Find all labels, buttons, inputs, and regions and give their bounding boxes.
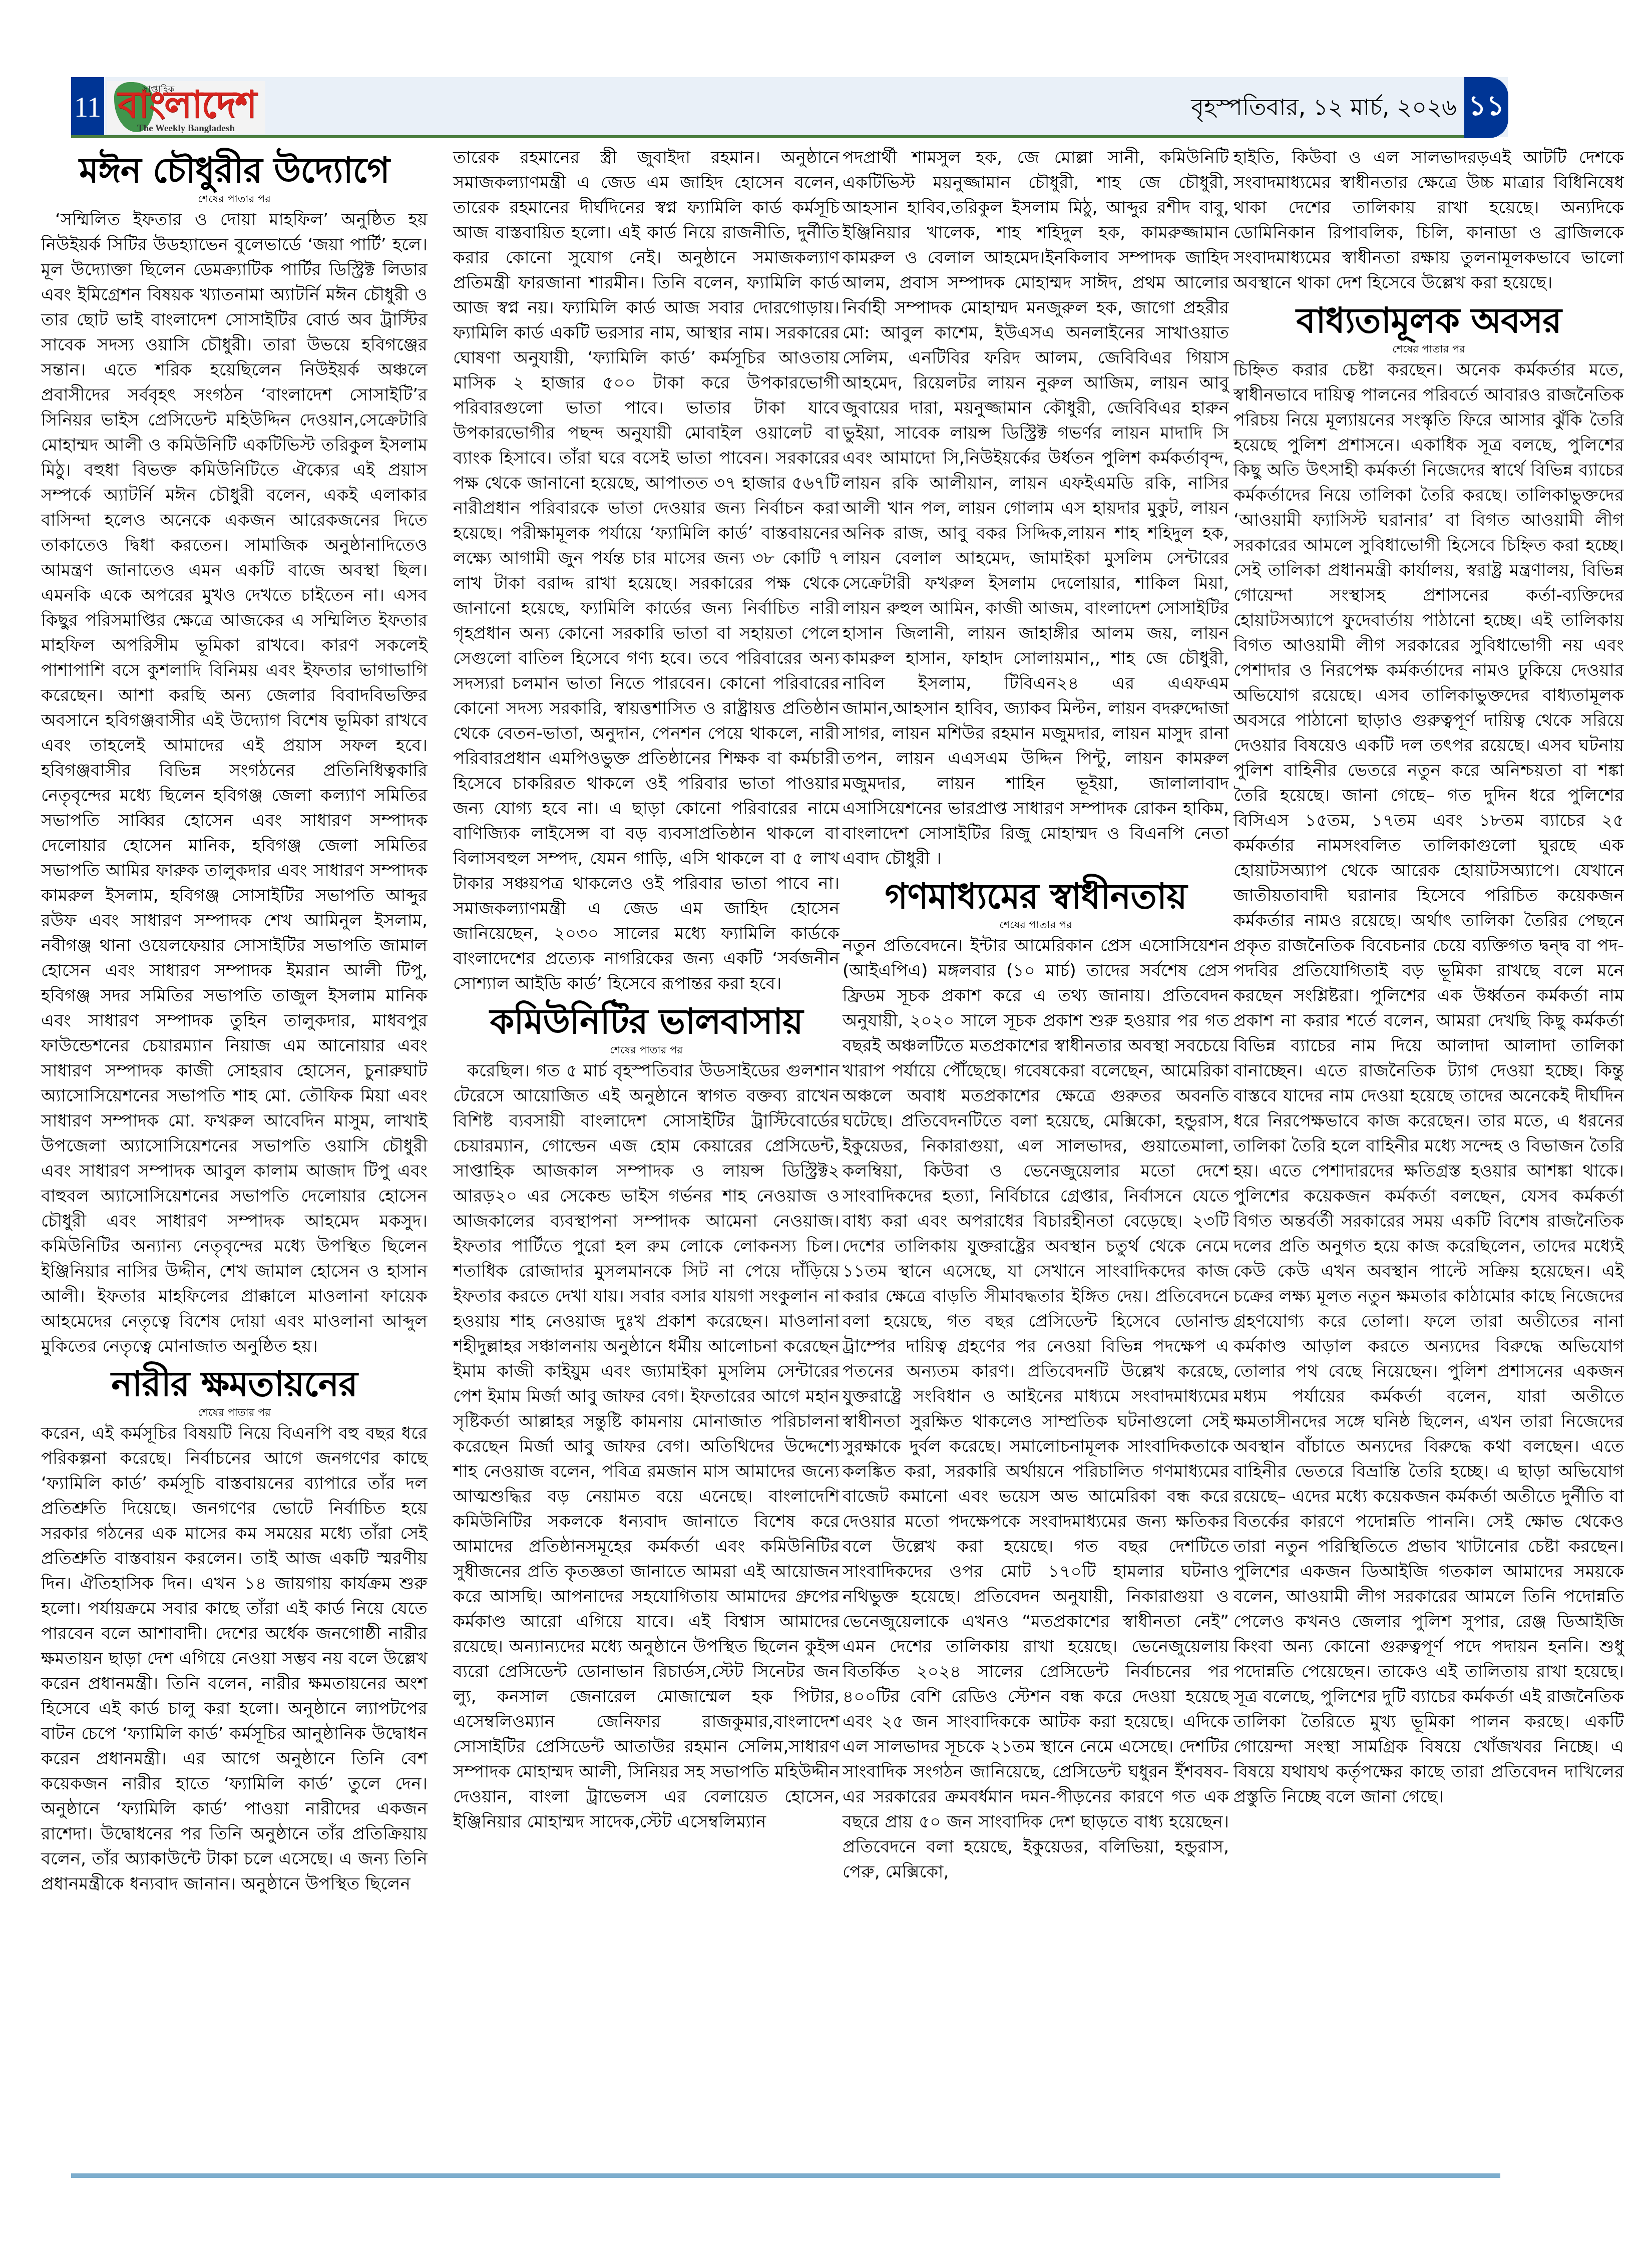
article-headline: নারীর ক্ষমতায়নের <box>41 1362 428 1406</box>
page-number-left: 11 <box>71 77 104 138</box>
article-body: করেন, এই কর্মসূচির বিষয়টি নিয়ে বিএনপি … <box>41 1421 428 1897</box>
article-guests-continued: পদপ্রার্থী শামসুল হক, জে মোল্লা সানী, কম… <box>843 145 1229 871</box>
article-press-freedom: গণমাধ্যমের স্বাধীনতায় শেষের পাতার পর নত… <box>843 874 1229 1885</box>
article-body: তারেক রহমানের স্ত্রী জুবাইদা রহমান। অনুষ… <box>453 145 840 996</box>
logo-brand-bengali: বাংলাদেশ <box>110 83 263 126</box>
continued-from-label: শেষের পাতার পর <box>41 192 428 205</box>
logo-weekly-label: সাপ্তাহিক <box>142 82 174 98</box>
article-body: হাইতি, কিউবা ও এল সালভাদরড়এই আটটি দেশকে… <box>1233 145 1624 295</box>
page-number-right: ১১ <box>1464 77 1508 138</box>
article-body: চিহ্নিত করার চেষ্টা করছেন। অনেক কর্মকর্ত… <box>1233 357 1624 1809</box>
article-press-freedom-continued: হাইতি, কিউবা ও এল সালভাদরড়এই আটটি দেশকে… <box>1233 145 1624 295</box>
continued-from-label: শেষের পাতার পর <box>41 1406 428 1419</box>
article-women-empowerment: নারীর ক্ষমতায়নের শেষের পাতার পর করেন, এ… <box>41 1362 428 1897</box>
article-moinul-initiative: মঈন চৌধুরীর উদ্যোগে শেষের পাতার পর ‘সম্ম… <box>41 148 428 1359</box>
article-headline: কমিউনিটির ভালবাসায় <box>453 999 840 1043</box>
continued-from-label: শেষের পাতার পর <box>843 918 1229 931</box>
logo-brand-english: The Weekly Bangladesh <box>137 123 235 134</box>
newspaper-logo: বাংলাদেশ সাপ্তাহিক The Weekly Bangladesh <box>107 81 265 134</box>
article-body: ‘সম্মিলিত ইফতার ও দোয়া মাহফিল’ অনুষ্ঠিত… <box>41 207 428 1359</box>
article-headline: গণমাধ্যমের স্বাধীনতায় <box>843 874 1229 918</box>
article-body: পদপ্রার্থী শামসুল হক, জে মোল্লা সানী, কম… <box>843 145 1229 871</box>
issue-date: বৃহস্পতিবার, ১২ মার্চ, ২০২৬ <box>1191 93 1457 121</box>
column-2: তারেক রহমানের স্ত্রী জুবাইদা রহমান। অনুষ… <box>453 145 840 1834</box>
article-family-card-continued: তারেক রহমানের স্ত্রী জুবাইদা রহমান। অনুষ… <box>453 145 840 996</box>
column-1: মঈন চৌধুরীর উদ্যোগে শেষের পাতার পর ‘সম্ম… <box>41 145 428 1897</box>
article-headline: বাধ্যতামূলক অবসর <box>1233 298 1624 342</box>
article-headline: মঈন চৌধুরীর উদ্যোগে <box>41 148 428 192</box>
continued-from-label: শেষের পাতার পর <box>453 1043 840 1056</box>
column-4: হাইতি, কিউবা ও এল সালভাদরড়এই আটটি দেশকে… <box>1233 145 1624 1809</box>
article-forced-retirement: বাধ্যতামূলক অবসর শেষের পাতার পর চিহ্নিত … <box>1233 298 1624 1809</box>
continued-from-label: শেষের পাতার পর <box>1233 342 1624 355</box>
column-3: পদপ্রার্থী শামসুল হক, জে মোল্লা সানী, কম… <box>843 145 1229 1885</box>
article-body: করেছিল। গত ৫ মার্চ বৃহস্পতিবার উডসাইডের … <box>453 1058 840 1834</box>
article-body: নতুন প্রতিবেদনে। ইন্টার আমেরিকান প্রেস এ… <box>843 933 1229 1885</box>
footer-divider <box>71 2173 1500 2178</box>
header-divider <box>71 135 1464 138</box>
article-community-love: কমিউনিটির ভালবাসায় শেষের পাতার পর করেছি… <box>453 999 840 1834</box>
